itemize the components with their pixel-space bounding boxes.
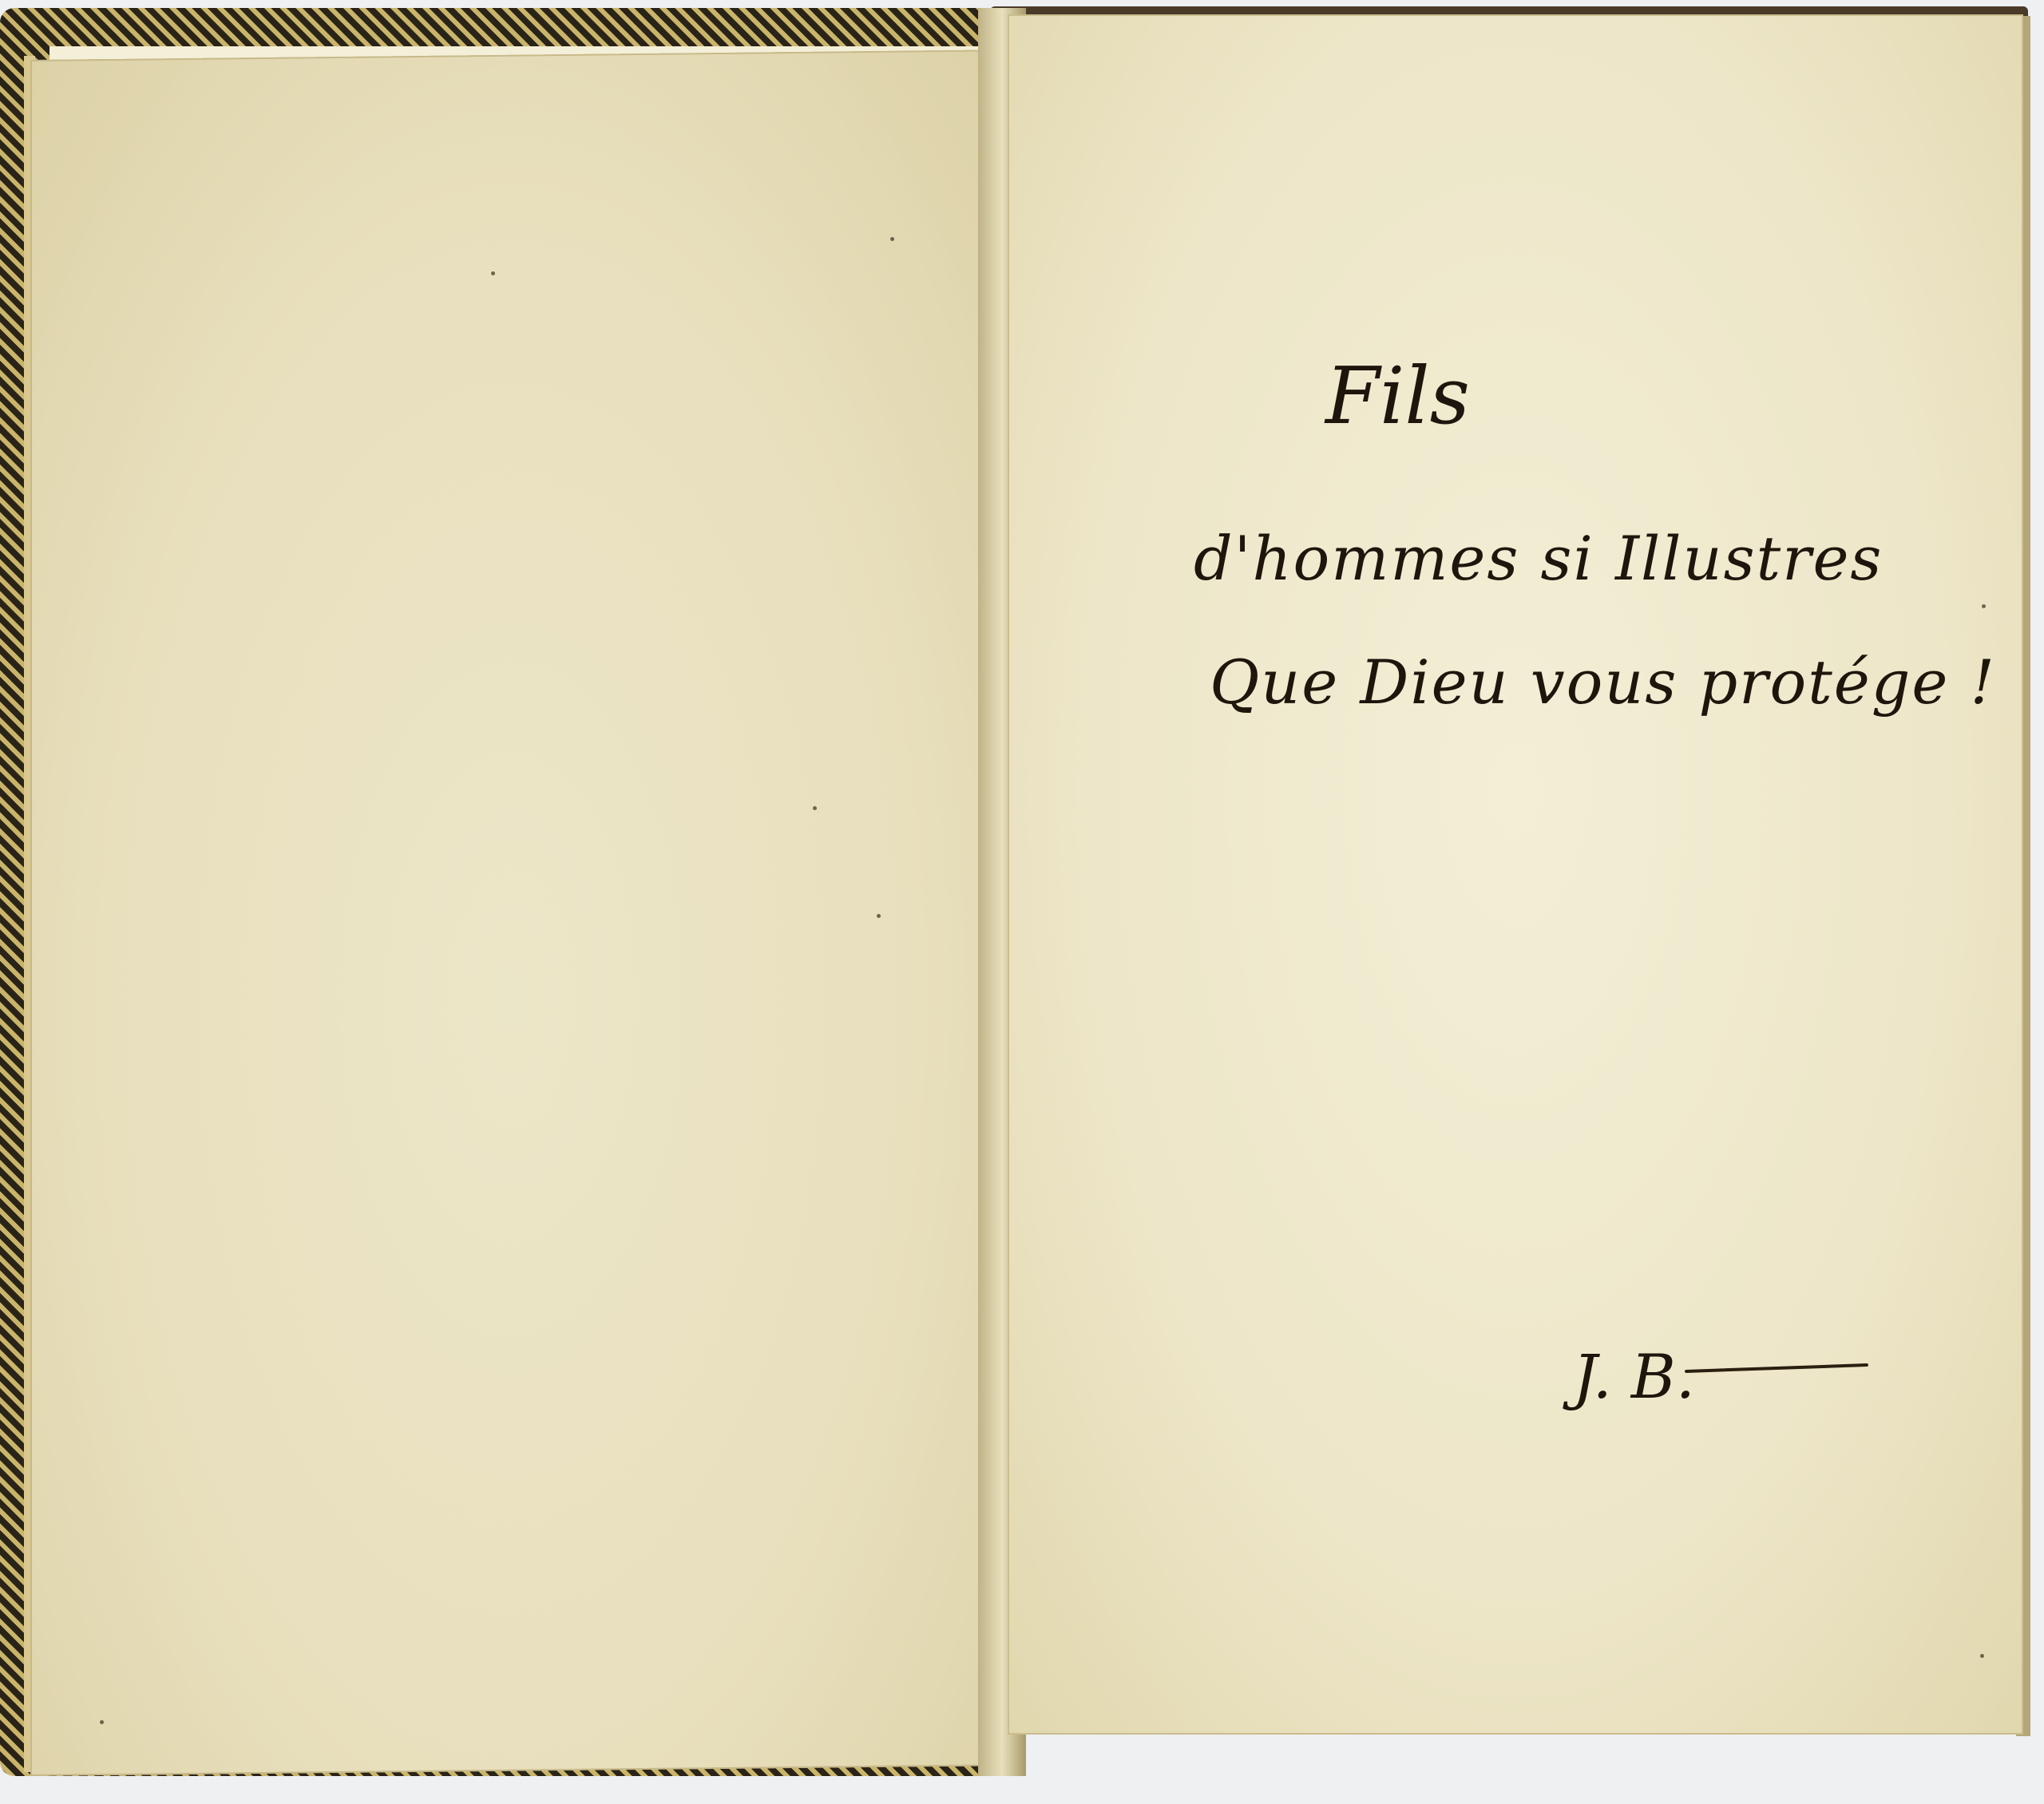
inscription-line-2: d'hommes si Illustres xyxy=(1194,523,1883,594)
foxing-speck xyxy=(813,806,817,810)
open-book: Fils d'hommes si Illustres Que Dieu vous… xyxy=(0,0,2044,1804)
inscription-line-1: Fils xyxy=(1325,351,1470,442)
foxing-speck xyxy=(1980,1654,1984,1658)
foxing-speck xyxy=(100,1720,104,1724)
foxing-speck xyxy=(890,237,894,241)
foxing-speck xyxy=(1982,604,1986,608)
foxing-speck xyxy=(877,914,881,918)
right-page xyxy=(1008,14,2023,1735)
signature: J. B. xyxy=(1573,1341,1695,1412)
left-page-blank xyxy=(30,49,992,1776)
inscription-line-3: Que Dieu vous protége ! xyxy=(1210,647,1996,718)
foxing-speck xyxy=(491,271,495,275)
